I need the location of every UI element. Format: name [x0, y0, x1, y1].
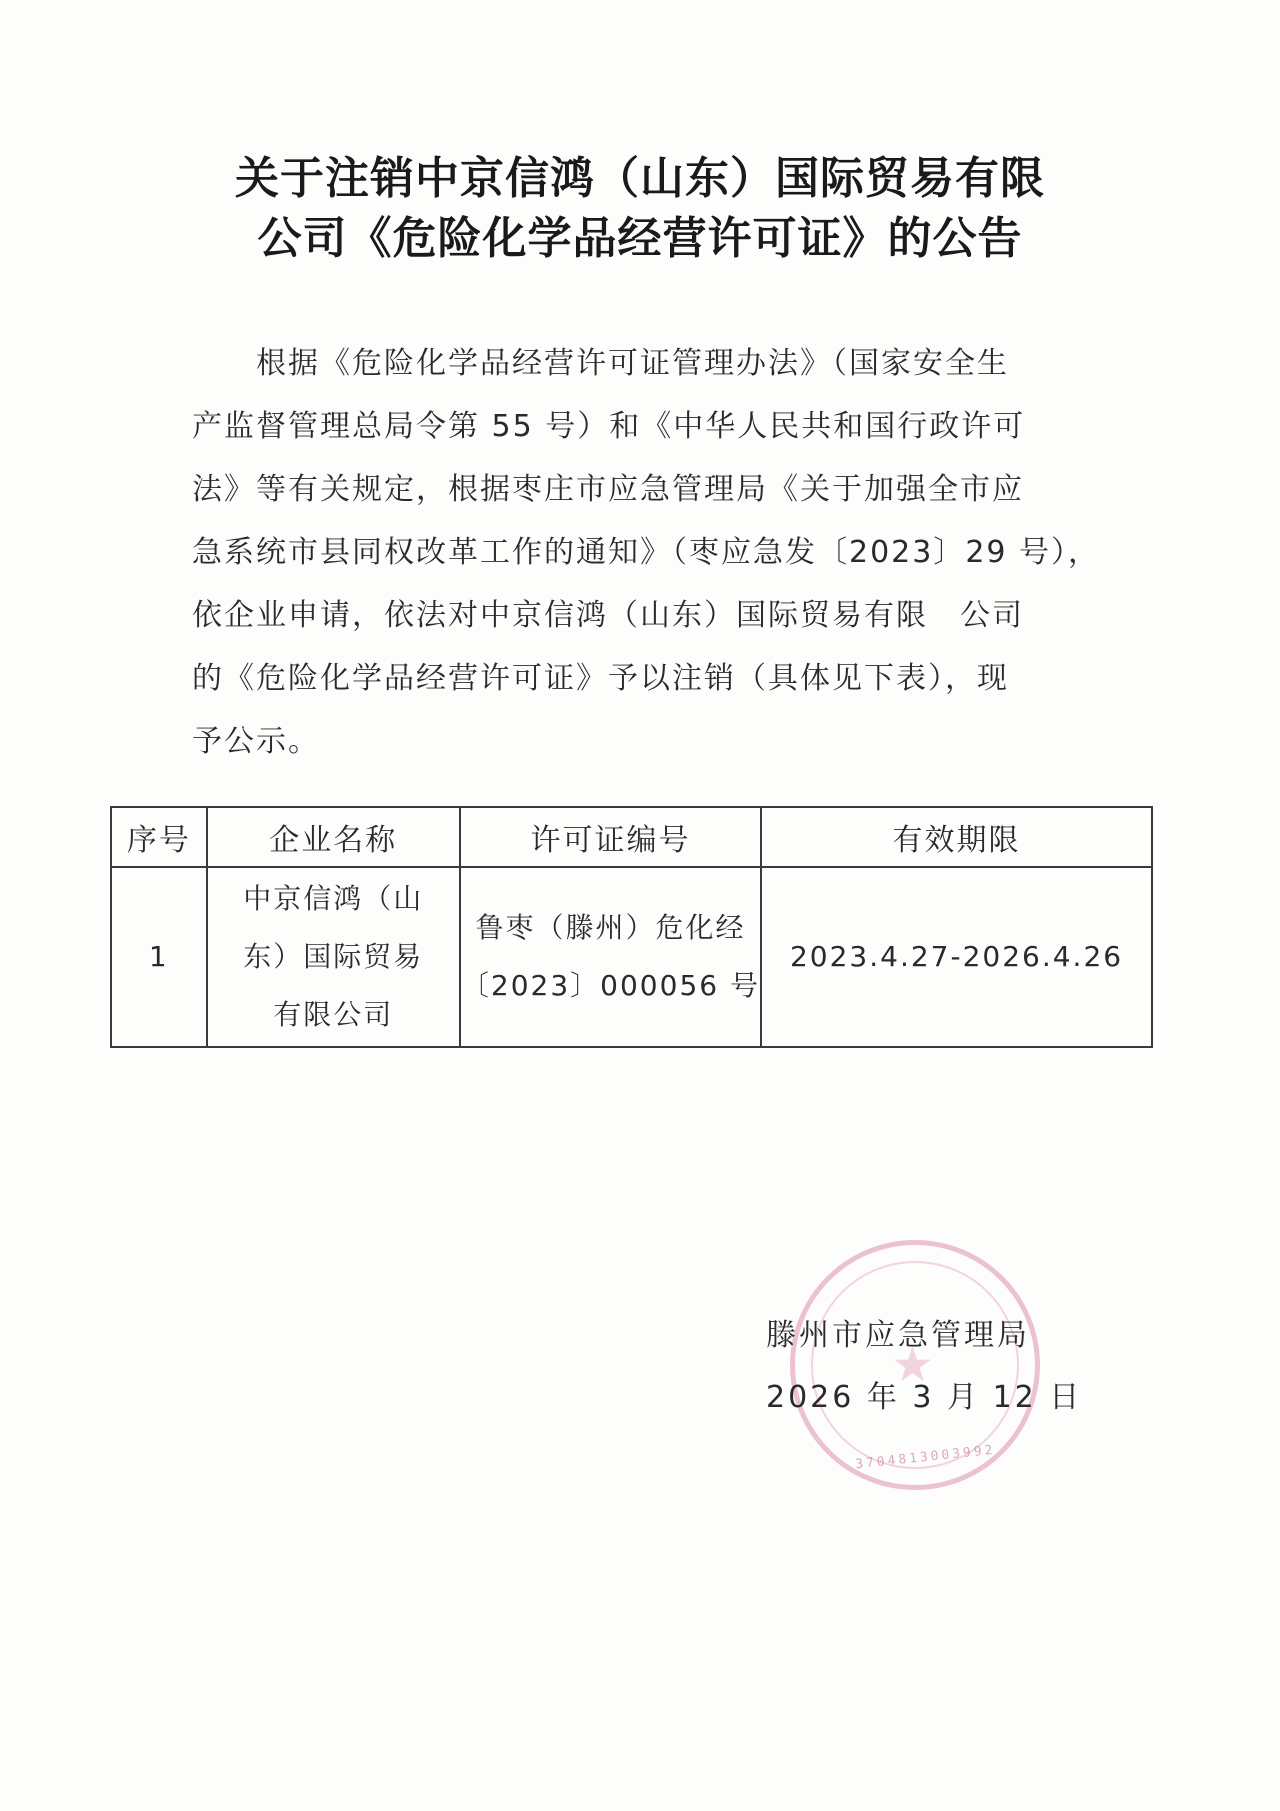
issue-date: 2026 年 3 月 12 日	[766, 1372, 1082, 1416]
table-header-row: 序号 企业名称 许可证编号 有效期限	[111, 807, 1152, 867]
issuing-organization: 滕州市应急管理局	[766, 1310, 1030, 1354]
cell-company-name: 中京信鸿（山 东）国际贸易 有限公司	[207, 867, 460, 1047]
seal-inner-ring	[811, 1261, 1019, 1469]
body-line: 依企业申请，依法对中京信鸿（山东）国际贸易有限 公司	[192, 584, 1024, 647]
body-line: 根据《危险化学品经营许可证管理办法》（国家安全生	[192, 332, 1009, 395]
body-line: 予公示。	[192, 710, 320, 773]
header-company-name: 企业名称	[207, 807, 460, 867]
announcement-page: 关于注销中京信鸿（山东）国际贸易有限 公司《危险化学品经营许可证》的公告 根据《…	[0, 0, 1280, 1811]
body-line: 急系统市县同权改革工作的通知》（枣应急发〔2023〕29 号），	[192, 521, 1100, 584]
company-name-line: 东）国际贸易	[222, 928, 445, 986]
document-title-line-2: 公司《危险化学品经营许可证》的公告	[150, 208, 1130, 270]
license-number-line: 〔2023〕000056 号	[461, 957, 760, 1015]
company-name-line: 中京信鸿（山	[222, 870, 445, 928]
header-seq: 序号	[111, 807, 207, 867]
license-table: 序号 企业名称 许可证编号 有效期限 1 中京信鸿（山 东）国际贸易 有限公司 …	[110, 806, 1153, 1048]
company-name-line: 有限公司	[222, 986, 445, 1044]
seal-code: 3704813003992	[855, 1443, 997, 1473]
body-line: 的《危险化学品经营许可证》予以注销（具体见下表），现	[192, 647, 1009, 710]
header-license-number: 许可证编号	[460, 807, 761, 867]
header-validity: 有效期限	[761, 807, 1152, 867]
cell-license-number: 鲁枣（滕州）危化经 〔2023〕000056 号	[460, 867, 761, 1047]
document-title-line-1: 关于注销中京信鸿（山东）国际贸易有限	[150, 148, 1130, 210]
body-line: 法》等有关规定，根据枣庄市应急管理局《关于加强全市应	[192, 458, 1024, 521]
license-number-line: 鲁枣（滕州）危化经	[461, 899, 760, 957]
body-line: 产监督管理总局令第 55 号）和《中华人民共和国行政许可	[192, 395, 1025, 458]
official-seal: ★ 3704813003992	[790, 1240, 1040, 1490]
cell-validity: 2023.4.27-2026.4.26	[761, 867, 1152, 1047]
table-row: 1 中京信鸿（山 东）国际贸易 有限公司 鲁枣（滕州）危化经 〔2023〕000…	[111, 867, 1152, 1047]
cell-seq: 1	[111, 867, 207, 1047]
